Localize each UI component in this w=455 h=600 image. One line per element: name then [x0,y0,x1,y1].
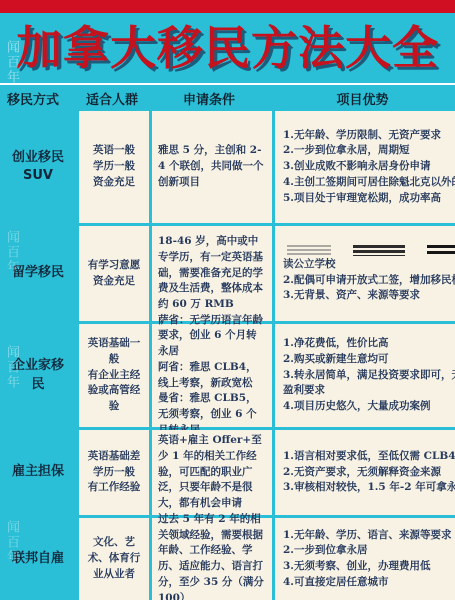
row-employer-conditions: 英语+雇主 Offer+至少 1 年的相关工作经验，可匹配的职业广泛，只要年龄不… [152,430,272,515]
row-study-conditions: 18-46 岁，高中或中专学历，有一定英语基础，需要准备充足的学费及生活费，整体… [152,226,272,321]
row-employer-method: 雇主担保 [0,430,76,515]
row-study-audience: 有学习意愿 资金充足 [79,226,149,321]
row-suv-conditions: 雅思 5 分，主创和 2-4 个联创，共同做一个创新项目 [152,111,272,223]
row-employer-advantages: 1.语言相对要求低，至低仅需 CLB4 2.无资产要求，无须解释资金来源 3.审… [275,430,455,515]
page-title: 加拿大移民方法大全 [16,25,439,71]
row-entrepreneur-method: 企业家移民 [0,324,76,427]
table-header-row: 移民方式 适合人群 申请条件 项目优势 [0,83,455,111]
column-header-method: 移民方式 [0,89,76,108]
row-study-advantages: 读公立学校 2.配偶可申请开放式工签，增加移民机会 3.无背景、资产、来源等要求 [275,226,455,321]
row-suv-method: 创业移民 SUV [0,111,76,223]
row-study-method: 留学移民 [0,226,76,321]
column-header-advantages: 项目优势 [270,89,455,108]
immigration-table: 创业移民 SUV 英语一般 学历一般 资金充足 雅思 5 分，主创和 2-4 个… [0,111,455,600]
column-header-audience: 适合人群 [76,89,148,108]
row-employer-audience: 英语基础差 学历一般 有工作经验 [79,430,149,515]
row-suv-audience: 英语一般 学历一般 资金充足 [79,111,149,223]
row-selfemployed-method: 联邦自雇 [0,518,76,600]
row-selfemployed-advantages: 1.无年龄、学历、语言、来源等要求 2.一步到位拿永居 3.无须考察、创业，办理… [275,518,455,600]
row-selfemployed-audience: 文化、艺术、体育行业从业者 [79,518,149,600]
title-area: 加拿大移民方法大全 [0,13,455,83]
top-red-bar [0,0,455,13]
obscured-text-bars [287,245,455,256]
row-study-advantages-text: 读公立学校 2.配偶可申请开放式工签，增加移民机会 3.无背景、资产、来源等要求 [283,257,455,304]
row-selfemployed-conditions: 过去 5 年有 2 年的相关领域经验，需要根据年龄、工作经验、学历、适应能力、语… [152,518,272,600]
infographic-canada-immigration: { "page": { "title": "加拿大移民方法大全", "water… [0,0,455,600]
row-suv-advantages: 1.无年龄、学历限制、无资产要求 2.一步到位拿永居，周期短 3.创业成败不影响… [275,111,455,223]
row-entrepreneur-advantages: 1.净花费低，性价比高 2.购买或新建生意均可 3.转永居简单，满足投资要求即可… [275,324,455,427]
column-header-conditions: 申请条件 [148,89,270,108]
row-entrepreneur-audience: 英语基础一般 有企业主经验或高管经验 [79,324,149,427]
row-entrepreneur-conditions: 萨省：无学历语言年龄要求，创业 6 个月转永居 阿省：雅思 CLB4，线上考察，… [152,324,272,427]
